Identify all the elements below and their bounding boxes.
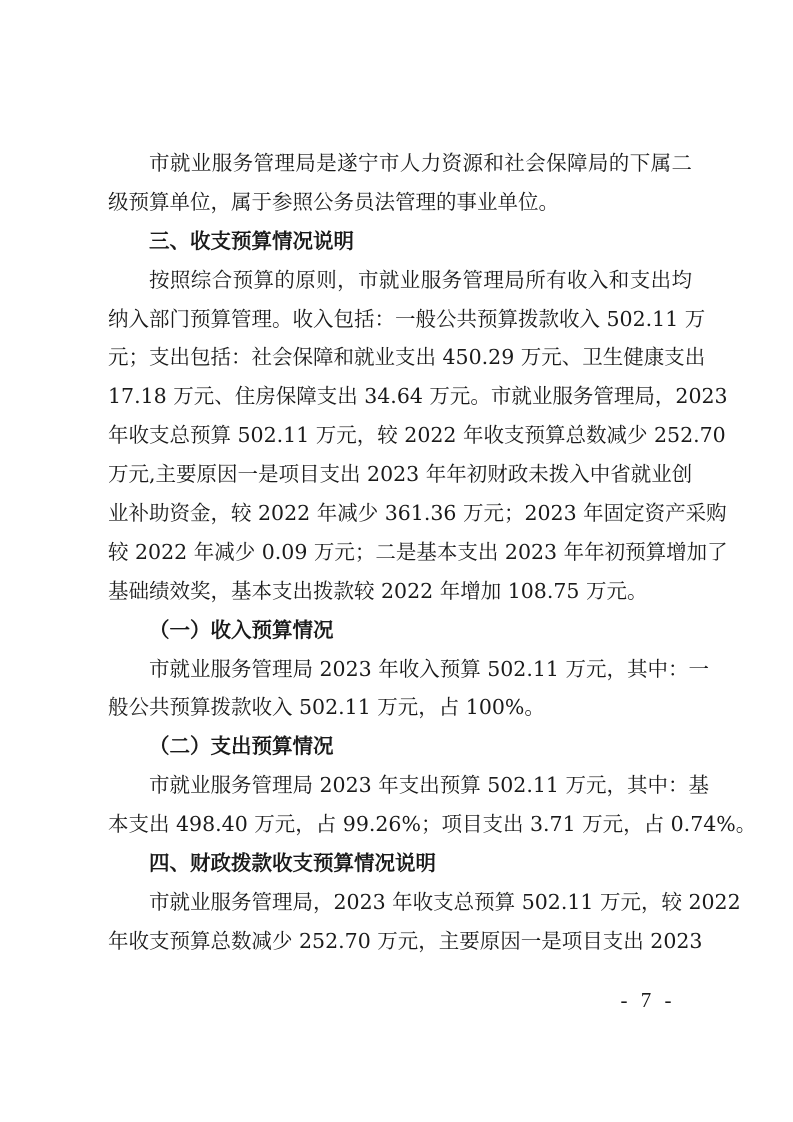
paragraph-line: 市就业服务管理局，2023 年收支总预算 502.11 万元，较 2022 xyxy=(108,883,692,922)
paragraph-line: 市就业服务管理局是遂宁市人力资源和社会保障局的下属二 xyxy=(108,144,692,183)
subsection-heading: （二）支出预算情况 xyxy=(108,727,692,766)
paragraph-line: 市就业服务管理局 2023 年支出预算 502.11 万元，其中：基 xyxy=(108,766,692,805)
paragraph-line: 年收支总预算 502.11 万元，较 2022 年收支预算总数减少 252.70 xyxy=(108,416,692,455)
paragraph-line: 级预算单位，属于参照公务员法管理的事业单位。 xyxy=(108,183,692,222)
section-heading: 四、财政拨款收支预算情况说明 xyxy=(108,844,692,883)
paragraph-line: 较 2022 年减少 0.09 万元；二是基本支出 2023 年年初预算增加了 xyxy=(108,533,692,572)
subsection-heading: （一）收入预算情况 xyxy=(108,611,692,650)
document-body: 市就业服务管理局是遂宁市人力资源和社会保障局的下属二 级预算单位，属于参照公务员… xyxy=(108,144,692,961)
paragraph-line: 年收支预算总数减少 252.70 万元，主要原因一是项目支出 2023 xyxy=(108,922,692,961)
document-page: 市就业服务管理局是遂宁市人力资源和社会保障局的下属二 级预算单位，属于参照公务员… xyxy=(0,0,793,1122)
page-number: - 7 - xyxy=(608,988,688,1013)
paragraph-line: 元；支出包括：社会保障和就业支出 450.29 万元、卫生健康支出 xyxy=(108,338,692,377)
paragraph-line: 本支出 498.40 万元，占 99.26%；项目支出 3.71 万元，占 0.… xyxy=(108,805,692,844)
paragraph-line: 按照综合预算的原则，市就业服务管理局所有收入和支出均 xyxy=(108,261,692,300)
paragraph-line: 般公共预算拨款收入 502.11 万元，占 100%。 xyxy=(108,688,692,727)
paragraph-line: 业补助资金，较 2022 年减少 361.36 万元；2023 年固定资产采购 xyxy=(108,494,692,533)
paragraph-line: 基础绩效奖，基本支出拨款较 2022 年增加 108.75 万元。 xyxy=(108,572,692,611)
section-heading: 三、收支预算情况说明 xyxy=(108,222,692,261)
paragraph-line: 纳入部门预算管理。收入包括：一般公共预算拨款收入 502.11 万 xyxy=(108,300,692,339)
paragraph-line: 市就业服务管理局 2023 年收入预算 502.11 万元，其中：一 xyxy=(108,650,692,689)
paragraph-line: 万元,主要原因一是项目支出 2023 年年初财政未拨入中省就业创 xyxy=(108,455,692,494)
paragraph-line: 17.18 万元、住房保障支出 34.64 万元。市就业服务管理局，2023 xyxy=(108,377,692,416)
